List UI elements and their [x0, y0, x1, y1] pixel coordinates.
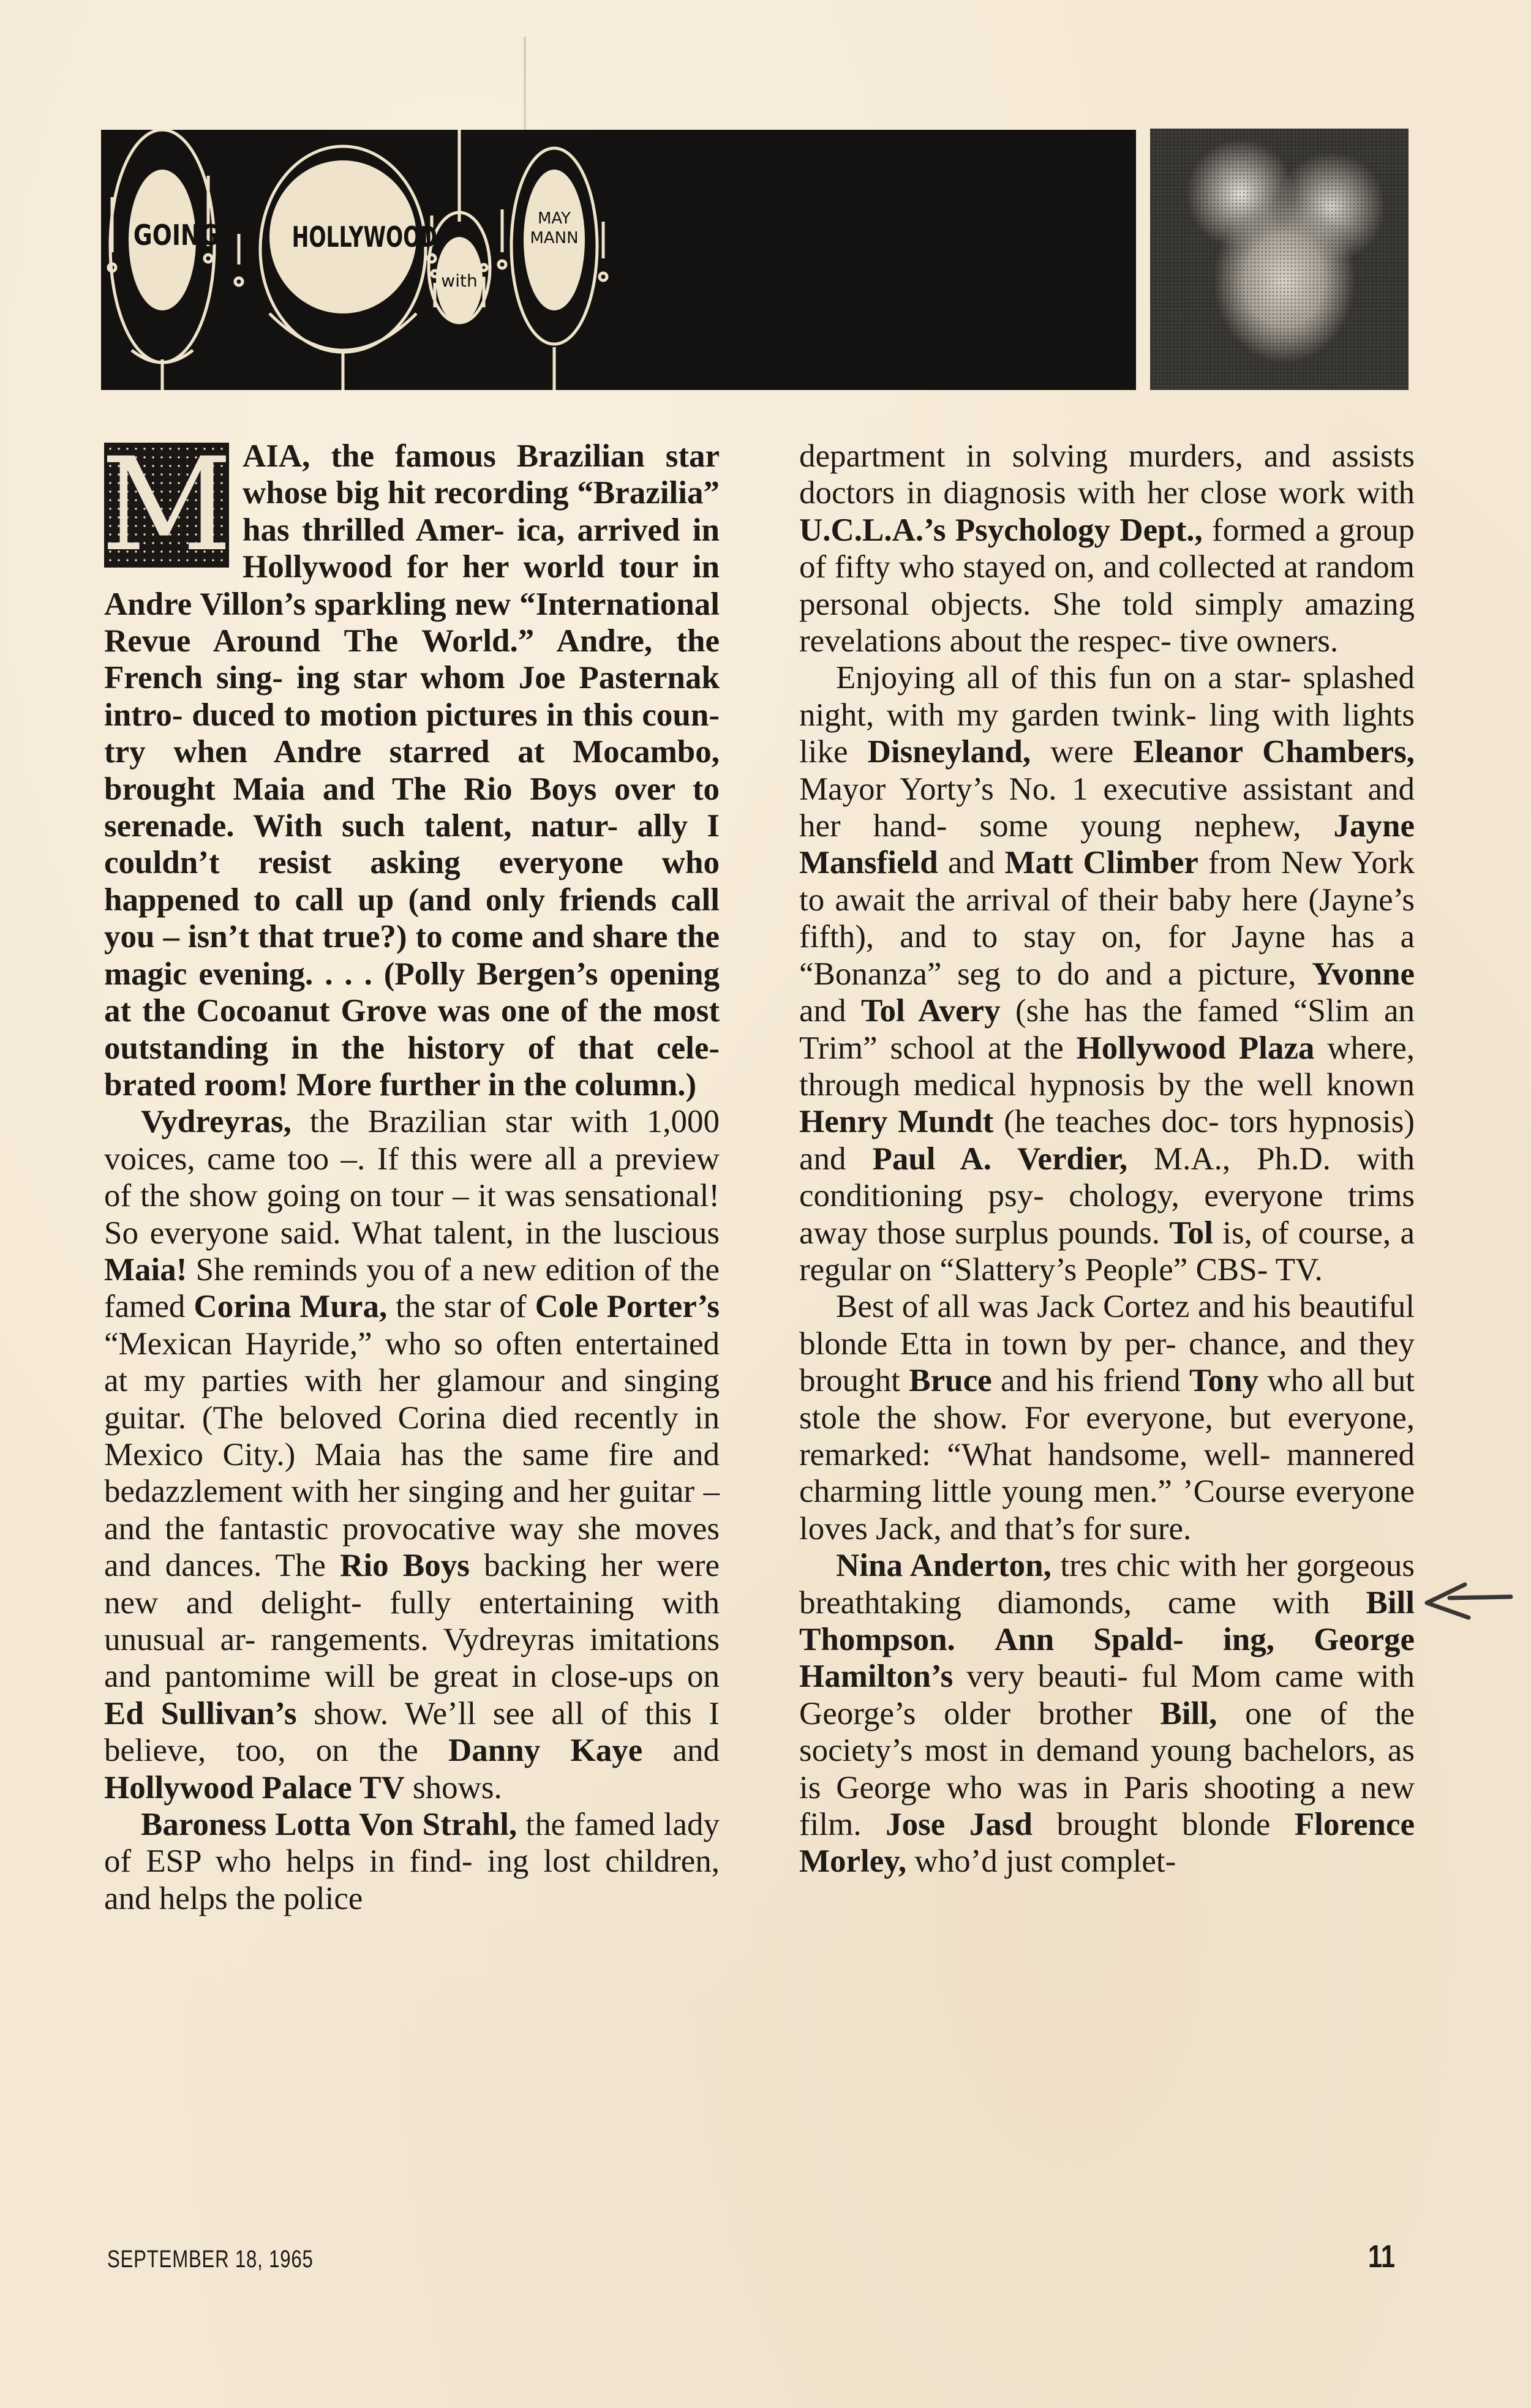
paragraph-continued: department in solving murders, and assis… [799, 438, 1415, 659]
author-portrait-photo [1150, 129, 1409, 390]
issue-date: SEPTEMBER 18, 1965 [107, 2246, 314, 2273]
paragraph-nina-anderton: Nina Anderton, tres chic with her gorgeo… [799, 1547, 1415, 1880]
paragraph-best-of-all: Best of all was Jack Cortez and his beau… [799, 1288, 1415, 1547]
ornamental-ellipses-graphic [101, 130, 1136, 390]
paper-crease [524, 37, 526, 135]
handwritten-arrow-icon [1422, 1580, 1514, 1624]
paragraph-vydreyras: Vydreyras, the Brazilian star with 1,000… [104, 1103, 720, 1806]
banner-author-mann: MANN [526, 229, 582, 247]
paragraph-baroness: Baroness Lotta Von Strahl, the famed lad… [104, 1806, 720, 1917]
banner-word-hollywood: HOLLYWOOD [292, 220, 398, 253]
column-header-banner: GOING HOLLYWOOD with MAY MANN [101, 130, 1136, 390]
banner-word-with: with [437, 271, 482, 291]
page-number: 11 [1368, 2238, 1395, 2275]
banner-word-going: GOING [134, 219, 194, 252]
article-column-right: department in solving murders, and assis… [799, 438, 1415, 1880]
ornamental-drop-cap: M [104, 443, 229, 568]
article-column-left: M AIA, the famous Brazilian star whose b… [104, 438, 720, 1917]
banner-author-may: MAY [526, 209, 582, 228]
drop-cap-letter: M [106, 444, 227, 566]
paragraph-enjoying: Enjoying all of this fun on a star- spla… [799, 659, 1415, 1288]
